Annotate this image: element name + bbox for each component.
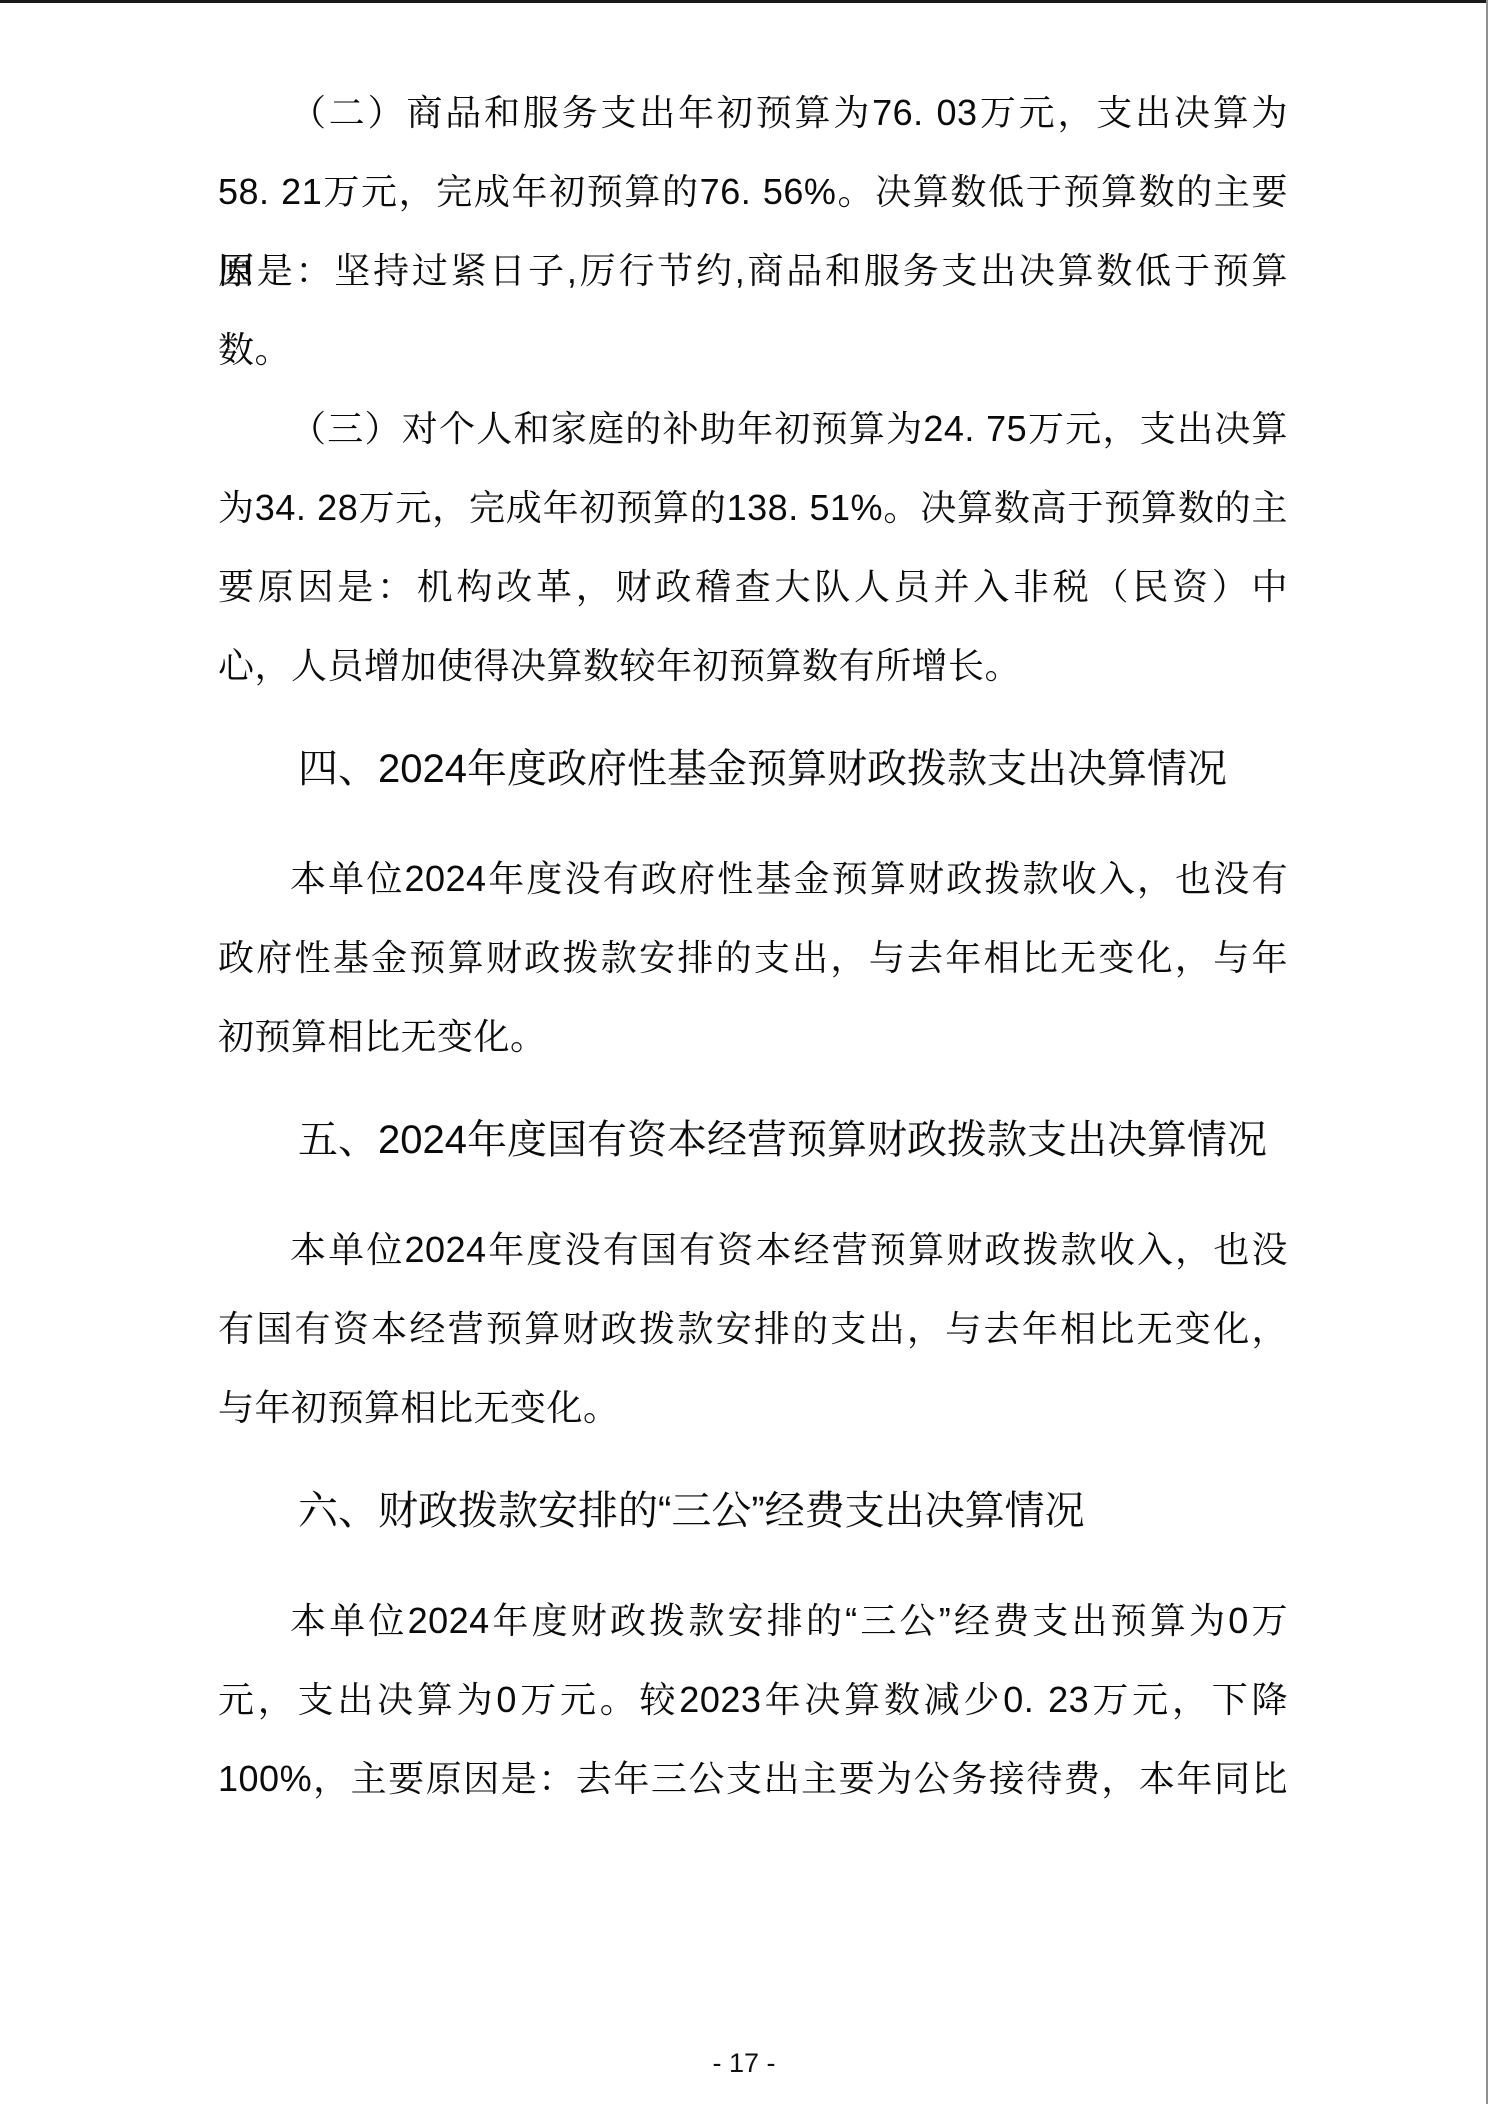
document-content: （二）商品和服务支出年初预算为76. 03万元，支出决算为58. 21万元，完成… xyxy=(218,0,1288,1818)
page-number: - 17 - xyxy=(712,2048,775,2078)
text-line: 本单位2024年度没有国有资本经营预算财政拨款收入，也没 xyxy=(218,1210,1288,1289)
text-line: 元，支出决算为0万元。较2023年决算数减少0. 23万元，下降 xyxy=(218,1660,1288,1739)
paragraph: （二）商品和服务支出年初预算为76. 03万元，支出决算为58. 21万元，完成… xyxy=(218,73,1288,389)
text-line: （三）对个人和家庭的补助年初预算为24. 75万元，支出决算 xyxy=(218,389,1288,468)
text-line: 政府性基金预算财政拨款安排的支出，与去年相比无变化，与年 xyxy=(218,918,1288,997)
text-line: 100%，主要原因是：去年三公支出主要为公务接待费，本年同比 xyxy=(218,1739,1288,1818)
section-heading: 六、财政拨款安排的“三公”经费支出决算情况 xyxy=(218,1472,1288,1551)
section-heading: 五、2024年度国有资本经营预算财政拨款支出决算情况 xyxy=(218,1101,1288,1180)
paragraph: 本单位2024年度没有国有资本经营预算财政拨款收入，也没有国有资本经营预算财政拨… xyxy=(218,1210,1288,1447)
paragraph: 本单位2024年度财政拨款安排的“三公”经费支出预算为0万元，支出决算为0万元。… xyxy=(218,1581,1288,1818)
paragraph: （三）对个人和家庭的补助年初预算为24. 75万元，支出决算为34. 28万元，… xyxy=(218,389,1288,705)
text-line: 初预算相比无变化。 xyxy=(218,997,1288,1076)
page-footer: - 17 - xyxy=(0,2048,1488,2078)
text-line: 本单位2024年度没有政府性基金预算财政拨款收入，也没有 xyxy=(218,839,1288,918)
section-heading: 四、2024年度政府性基金预算财政拨款支出决算情况 xyxy=(218,730,1288,809)
text-line: 与年初预算相比无变化。 xyxy=(218,1368,1288,1447)
text-line: 要原因是：机构改革，财政稽查大队人员并入非税（民资）中 xyxy=(218,547,1288,626)
text-line: 为34. 28万元，完成年初预算的138. 51%。决算数高于预算数的主 xyxy=(218,468,1288,547)
text-line: 心，人员增加使得决算数较年初预算数有所增长。 xyxy=(218,626,1288,705)
document-page: （二）商品和服务支出年初预算为76. 03万元，支出决算为58. 21万元，完成… xyxy=(0,0,1488,2104)
text-line: 本单位2024年度财政拨款安排的“三公”经费支出预算为0万 xyxy=(218,1581,1288,1660)
text-line: 因是：坚持过紧日子,厉行节约,商品和服务支出决算数低于预算 xyxy=(218,231,1288,310)
text-line: 有国有资本经营预算财政拨款安排的支出，与去年相比无变化， xyxy=(218,1289,1288,1368)
text-line: 数。 xyxy=(218,310,1288,389)
paragraph: 本单位2024年度没有政府性基金预算财政拨款收入，也没有政府性基金预算财政拨款安… xyxy=(218,839,1288,1076)
text-line: （二）商品和服务支出年初预算为76. 03万元，支出决算为 xyxy=(218,73,1288,152)
text-line: 58. 21万元，完成年初预算的76. 56%。决算数低于预算数的主要原 xyxy=(218,152,1288,231)
